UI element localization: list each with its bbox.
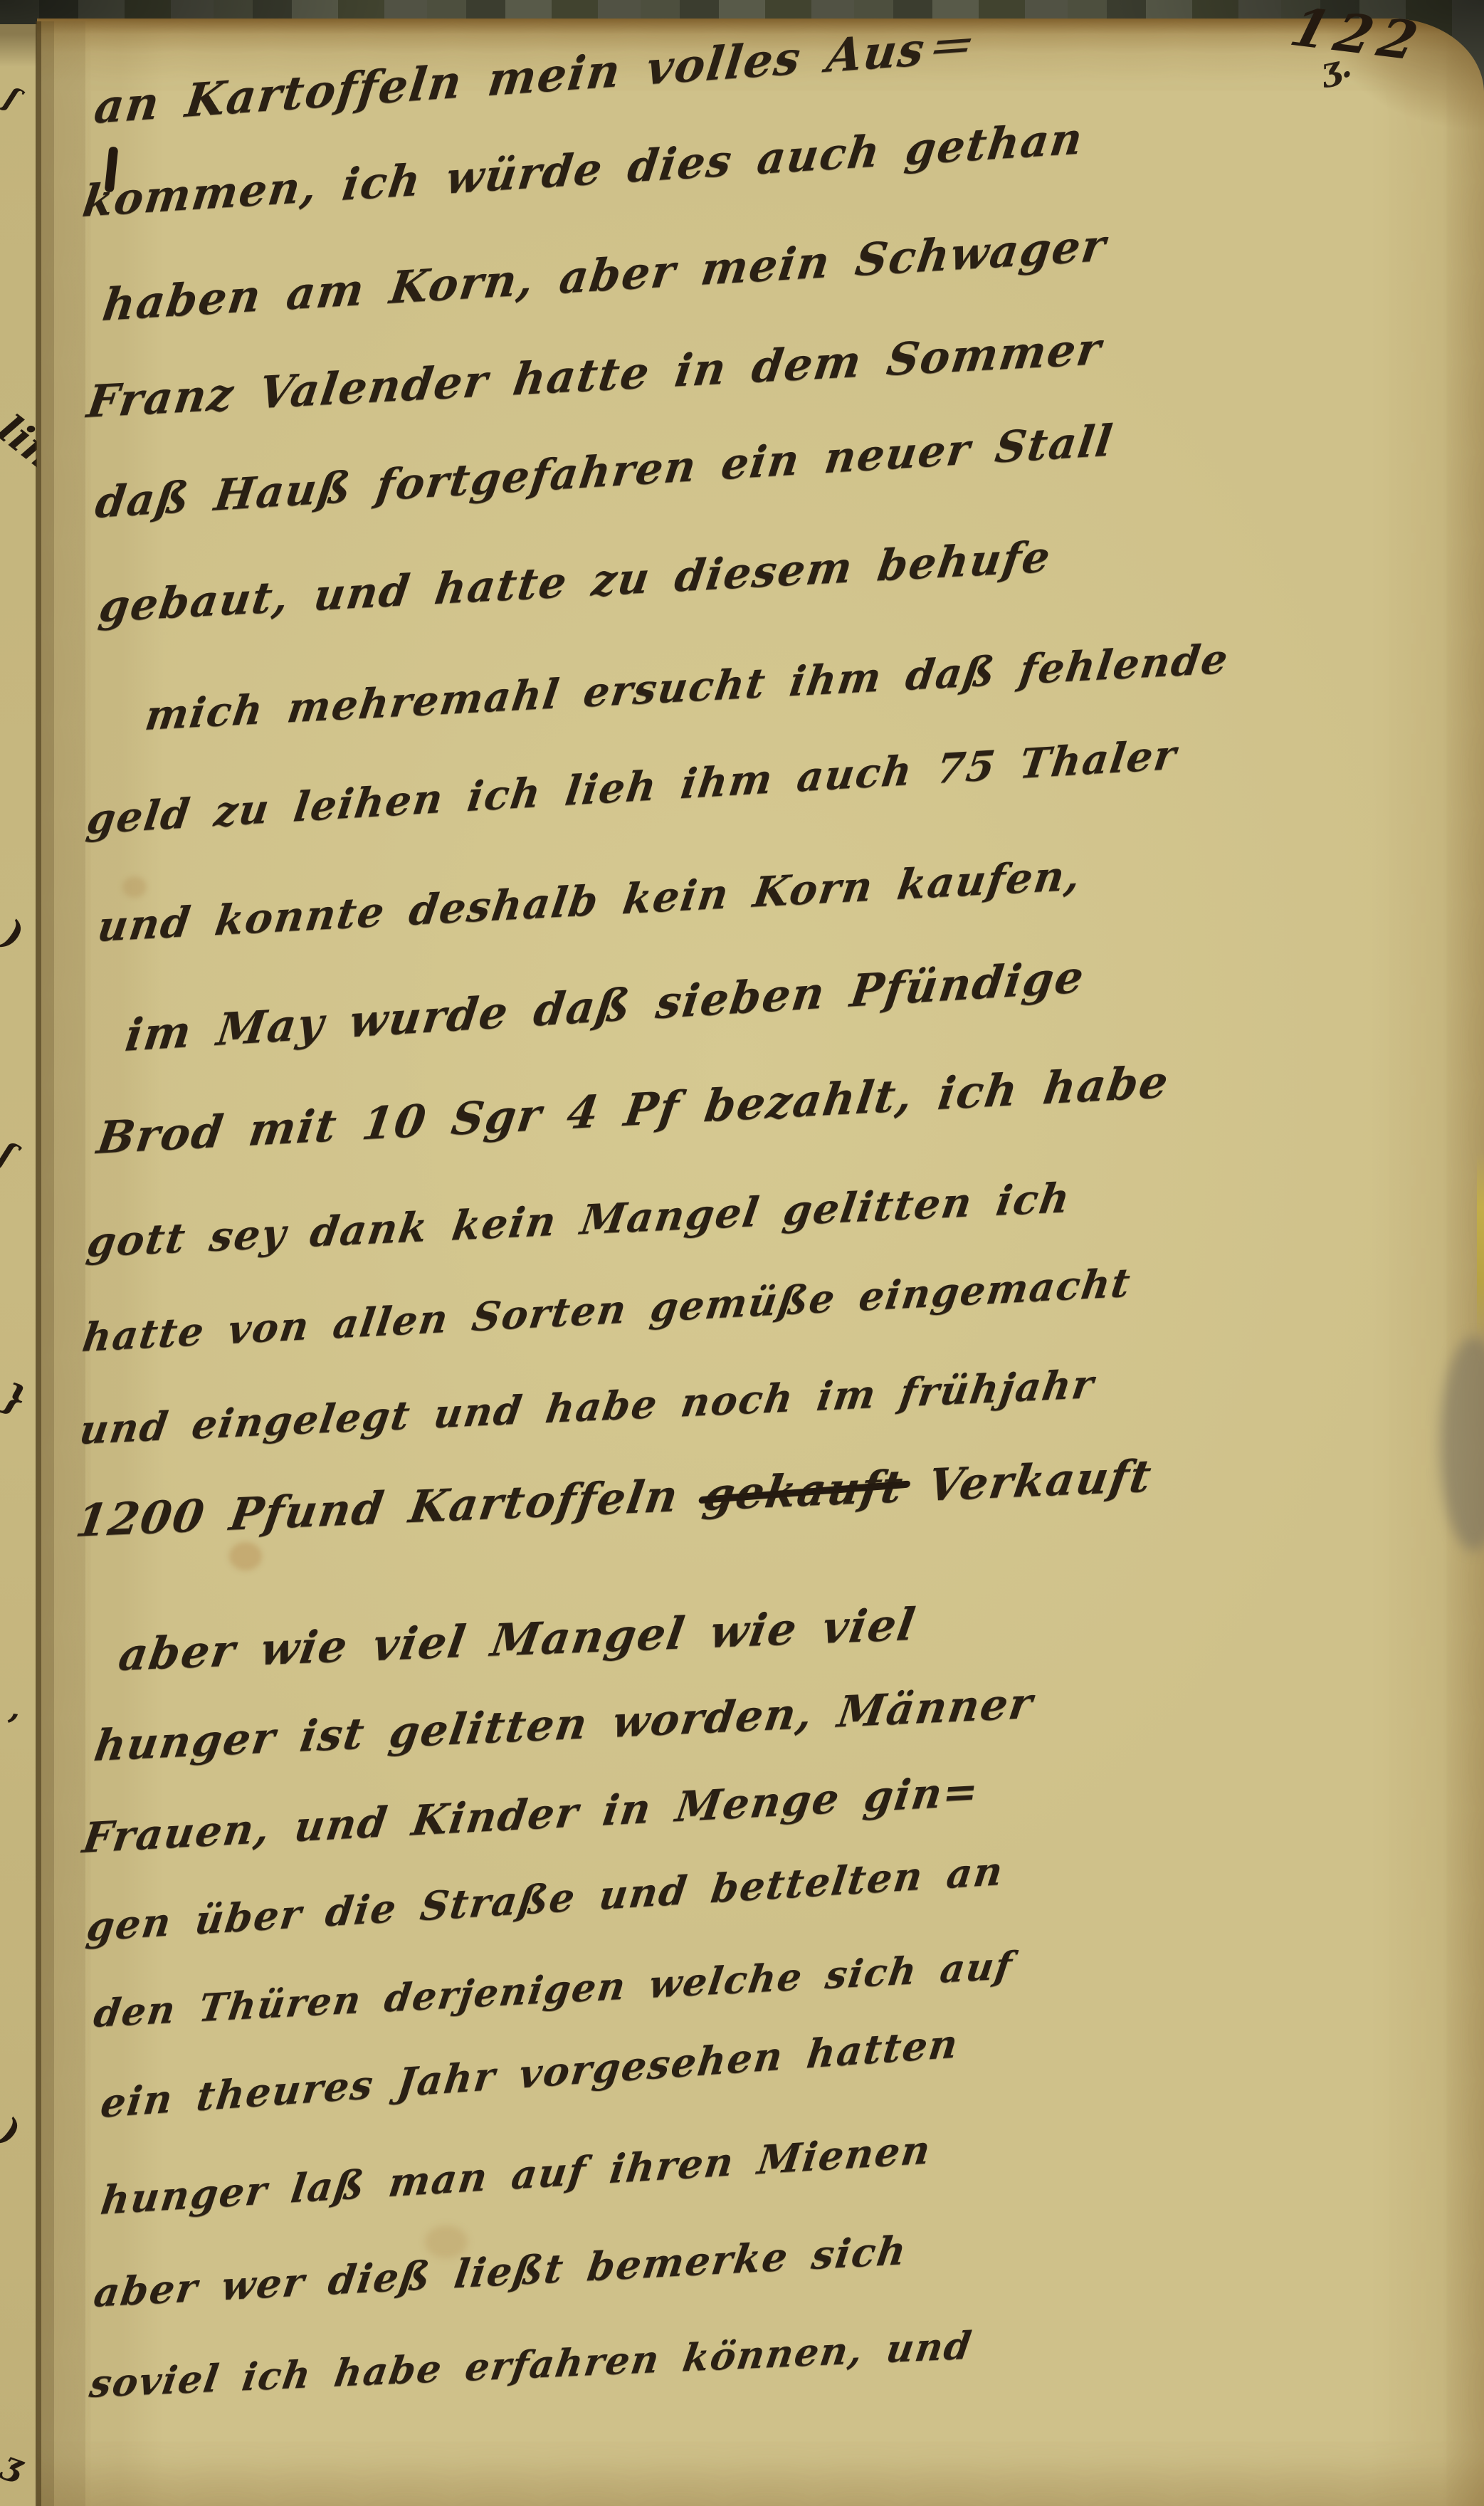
manuscript-line: und eingelegt und habe noch im frühjahr xyxy=(77,1361,1098,1453)
line-text: 1200 Pfund Kartoffeln xyxy=(73,1469,708,1547)
manuscript-line: hunger ist gelitten worden, Männer xyxy=(91,1679,1037,1771)
manuscript-line: geld zu leihen ich lieh ihm auch 75 Thal… xyxy=(84,730,1180,844)
manuscript-line: an Kartoffeln mein volles Aus＝ xyxy=(91,9,977,137)
manuscript-line: Brod mit 10 Sgr 4 Pf bezahlt, ich habe xyxy=(94,1055,1173,1164)
manuscript-line: und konnte deshalb kein Korn kaufen, xyxy=(95,851,1085,951)
manuscript-line: kommen, ich würde dies auch gethan xyxy=(80,113,1087,227)
manuscript-line: haben am Korn, aber mein Schwager xyxy=(100,219,1110,331)
manuscript-line: mich mehremahl ersucht ihm daß fehlende xyxy=(142,635,1232,740)
manuscript-line: aber wie viel Mangel wie viel xyxy=(115,1598,920,1681)
manuscript-line: gott sey dank kein Mangel gelitten ich xyxy=(84,1174,1074,1267)
manuscript-line: Franz Valender hatte in dem Sommer xyxy=(84,323,1105,428)
manuscript-line: gebaut, und hatte zu diesem behufe xyxy=(96,532,1054,632)
handwritten-text-block: an Kartoffeln mein volles Aus＝kommen, ic… xyxy=(0,0,1484,2506)
manuscript-line: Frauen, und Kinder in Menge gin= xyxy=(80,1766,982,1862)
manuscript-line: hunger laß man auf ihren Mienen xyxy=(98,2126,935,2223)
manuscript-line: im May wurde daß sieben Pfündige xyxy=(122,950,1088,1061)
manuscript-line: aber wer dieß ließt bemerke sich xyxy=(91,2227,910,2316)
manuscript-line: daß Hauß fortgefahren ein neuer Stall xyxy=(93,416,1117,528)
struck-through-word: gekauft xyxy=(700,1460,907,1521)
manuscript-line: 1200 Pfund Kartoffeln gekauft Verkauft xyxy=(73,1449,1156,1547)
manuscript-line: den Thüren derjenigen welche sich auf xyxy=(91,1944,1016,2036)
manuscript-line: soviel ich habe erfahren können, und xyxy=(87,2323,975,2406)
line-text: Verkauft xyxy=(900,1449,1156,1512)
manuscript-line: hatte von allen Sorten gemüße eingemacht xyxy=(80,1259,1135,1361)
photographed-book-scene: ʃlim)ʃ},)ʒ 122 ʒ. an Kartoffeln mein vol… xyxy=(0,0,1484,2506)
manuscript-line: gen über die Straße und bettelten an xyxy=(84,1847,1006,1950)
manuscript-line: ein theures Jahr vorgesehen hatten xyxy=(98,2020,962,2127)
